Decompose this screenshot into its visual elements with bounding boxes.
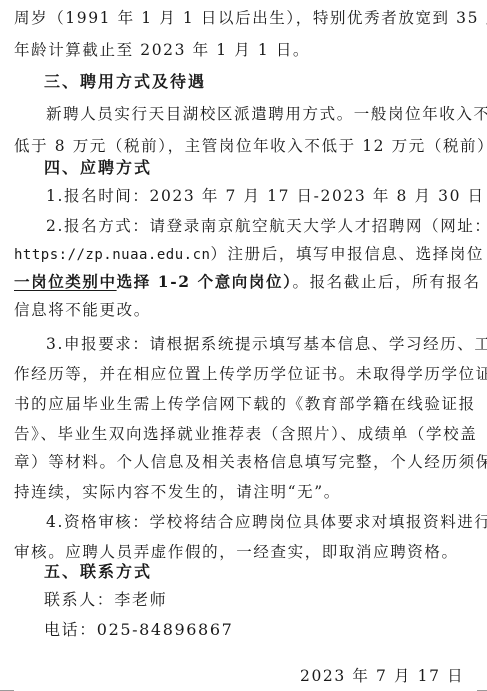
registration-time: 1.报名时间：2023 年 7 月 17 日-2023 年 8 月 30 日 [46, 186, 487, 206]
text-span: ）注册后，填写申报信息、选择岗位 [210, 245, 484, 263]
bold-underlined-span: 一岗位类别中 [14, 272, 117, 291]
paragraph-line: 新聘人员实行天目湖校区派遣聘用方式。一般岗位年收入不 [46, 104, 487, 124]
document-page: 周岁（1991 年 1 月 1 日以后出生），特别优秀者放宽到 35 周岁， 年… [0, 0, 487, 691]
paragraph-line: 周岁（1991 年 1 月 1 日以后出生），特别优秀者放宽到 35 周岁， [14, 8, 476, 28]
paragraph-line: 年龄计算截止至 2023 年 1 月 1 日。 [14, 40, 476, 60]
paragraph-line: 低于 8 万元（税前），主管岗位年收入不低于 12 万元（税前）。 [14, 136, 476, 156]
document-date: 2023 年 7 月 17 日 [300, 666, 464, 686]
paragraph-line: https://zp.nuaa.edu.cn）注册后，填写申报信息、选择岗位（同 [14, 244, 476, 265]
paragraph-line: 审核。应聘人员弄虚作假的，一经查实，即取消应聘资格。 [14, 542, 476, 562]
paragraph-line: 持连续，实际内容不发生的，请注明“无”。 [14, 482, 476, 502]
paragraph-line: 章）等材料。个人信息及相关表格信息填写完整，个人经历须保 [14, 452, 476, 472]
recruitment-url-link[interactable]: https://zp.nuaa.edu.cn [14, 247, 210, 263]
text-span: 。报名截止后，所有报名 [292, 273, 480, 291]
section-heading-5: 五、联系方式 [44, 562, 487, 582]
paragraph-line: 告》、毕业生双向选择就业推荐表（含照片）、成绩单（学校盖 [14, 424, 476, 444]
paragraph-line: 一岗位类别中选择 1-2 个意向岗位）。报名截止后，所有报名 [14, 272, 476, 292]
paragraph-line: 3.申报要求：请根据系统提示填写基本信息、学习经历、工 [46, 334, 487, 354]
paragraph-line: 2.报名方式：请登录南京航空航天大学人才招聘网（网址： [46, 216, 487, 236]
bold-span: 选择 1-2 个意向岗位） [117, 272, 293, 291]
contact-person: 联系人：李老师 [44, 590, 487, 610]
paragraph-line: 书的应届毕业生需上传学信网下载的《教育部学籍在线验证报 [14, 394, 476, 414]
section-heading-4: 四、应聘方式 [44, 158, 487, 178]
contact-phone: 电话：025-84896867 [44, 620, 487, 640]
paragraph-line: 4.资格审核：学校将结合应聘岗位具体要求对填报资料进行 [46, 512, 487, 532]
paragraph-line: 信息将不能更改。 [14, 300, 476, 320]
section-heading-3: 三、聘用方式及待遇 [44, 72, 487, 92]
paragraph-line: 作经历等，并在相应位置上传学历学位证书。未取得学历学位证 [14, 364, 476, 384]
